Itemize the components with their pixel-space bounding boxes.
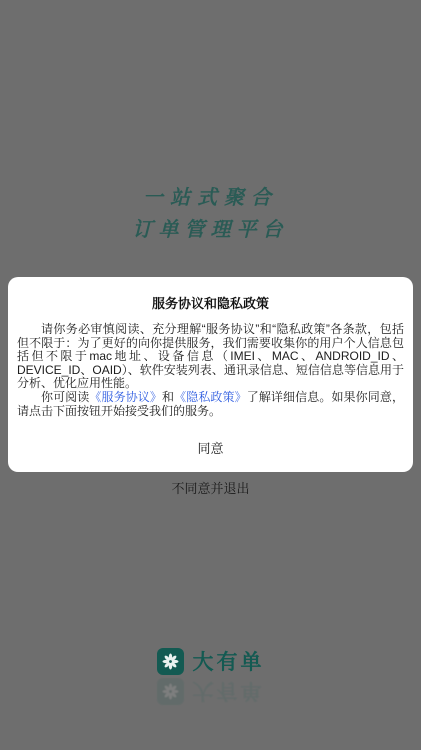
policy-paragraph-2-text: 你可阅读: [41, 390, 89, 404]
tagline-line1: 一站式聚合: [0, 181, 421, 210]
disagree-exit-button[interactable]: 不同意并退出: [17, 478, 404, 497]
brand-footer: 大有单 大有单: [0, 646, 421, 707]
splash-tagline: 一站式聚合 订单管理平台: [0, 181, 421, 242]
agree-button[interactable]: 同意: [17, 438, 404, 457]
policy-paragraph-1: 请你务必审慎阅读、充分理解“服务协议”和“隐私政策”各条款，包括但不限于：为了更…: [17, 323, 404, 391]
dialog-body: 请你务必审慎阅读、充分理解“服务协议”和“隐私政策”各条款，包括但不限于：为了更…: [17, 323, 404, 418]
brand-logo-reflection: 大有单: [157, 677, 265, 707]
dialog-title: 服务协议和隐私政策: [17, 293, 404, 312]
app-screen: 一站式聚合 订单管理平台 服务协议和隐私政策 请你务必审慎阅读、充分理解“服务协…: [0, 0, 421, 750]
policy-paragraph-2-mid: 和: [162, 390, 174, 404]
brand-logo: 大有单: [157, 646, 265, 676]
privacy-policy-link[interactable]: 《隐私政策》: [174, 390, 247, 404]
policy-paragraph-2: 你可阅读《服务协议》和《隐私政策》了解详细信息。如果你同意，请点击下面按钮开始接…: [17, 391, 404, 418]
flower-icon-reflection: [157, 679, 184, 706]
privacy-policy-dialog: 服务协议和隐私政策 请你务必审慎阅读、充分理解“服务协议”和“隐私政策”各条款，…: [8, 277, 413, 472]
brand-name: 大有单: [193, 646, 265, 676]
policy-paragraph-1-text: 请你务必审慎阅读、充分理解“服务协议”和“隐私政策”各条款，包括但不限于：为了更…: [17, 322, 404, 390]
flower-icon: [157, 648, 184, 675]
brand-name-reflection: 大有单: [193, 677, 265, 707]
service-agreement-link[interactable]: 《服务协议》: [89, 390, 162, 404]
tagline-line2: 订单管理平台: [0, 213, 421, 242]
